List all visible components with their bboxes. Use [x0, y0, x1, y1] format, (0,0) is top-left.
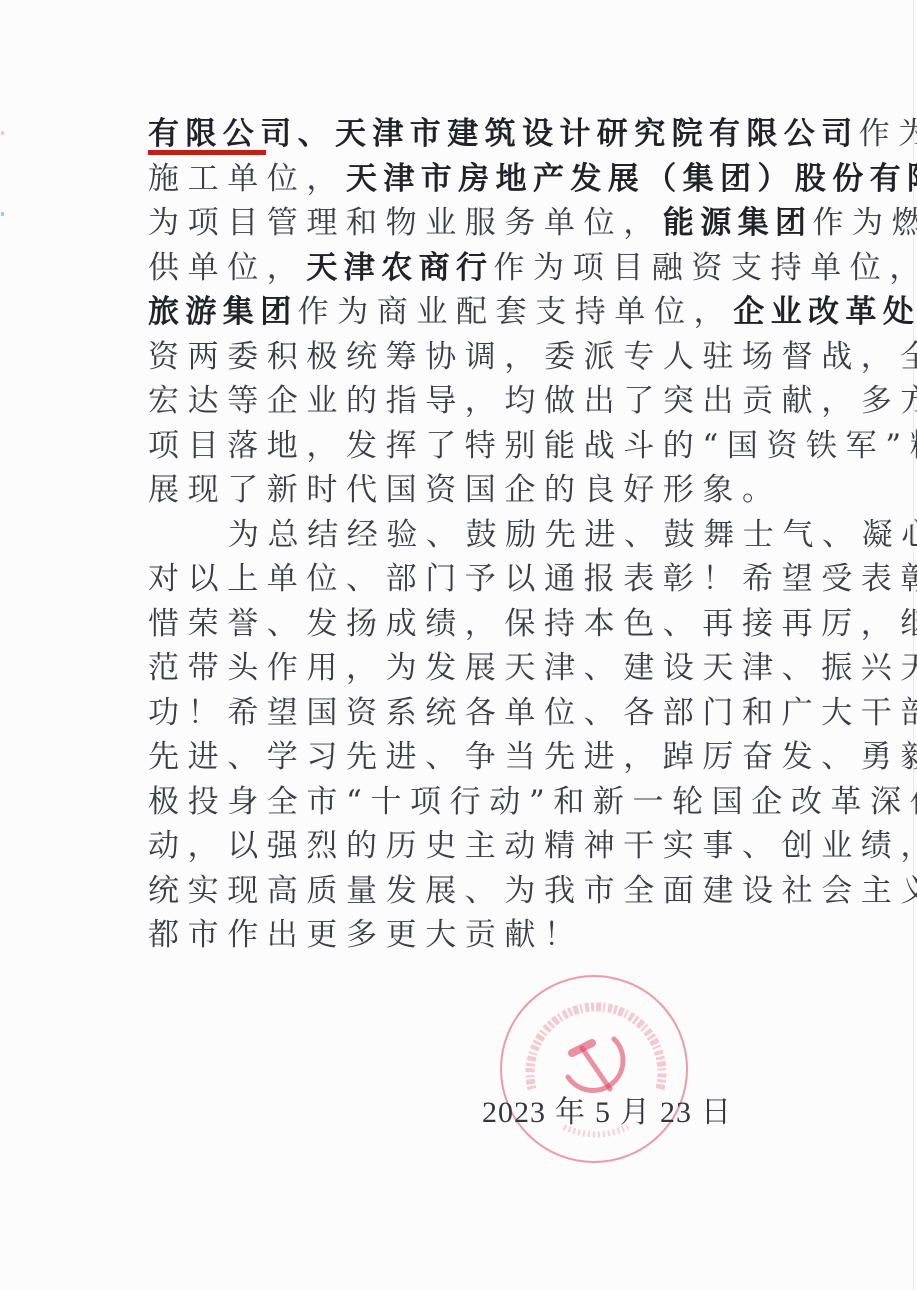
- text-line: 宏达等企业的指导，均做出了突出贡献，多方合力推动: [148, 379, 798, 424]
- bold-org-name: 天津市建筑设计研究院有限公司: [335, 116, 859, 152]
- text-segment: 为项目管理和物业服务单位，: [148, 205, 663, 241]
- text-line: 施工单位，天津市房地产发展（集团）股份有限公司作: [148, 157, 798, 202]
- date-year-unit: 年: [555, 1096, 586, 1129]
- text-line: 项目落地，发挥了特别能战斗的“国资铁军”精神风貌，: [148, 424, 798, 469]
- text-line: 供单位，天津农商行作为项目融资支持单位，食品集团、: [148, 246, 798, 291]
- text-line: 先进、学习先进、争当先进，踔厉奋发、勇毅前行，积: [148, 735, 798, 780]
- text-line: 旅游集团作为商业配套支持单位，企业改革处代表市国: [148, 290, 798, 335]
- text-line: 功！希望国资系统各单位、各部门和广大干部职工对标: [148, 691, 798, 736]
- bold-org-name: 天津市房地产发展（集团）股份有限公司: [346, 161, 917, 197]
- date-year: 2023: [482, 1096, 546, 1129]
- text-segment: 供单位，: [148, 250, 306, 286]
- text-segment: 资两委积极统筹协调，委派专人驻场督战，全程强化对: [148, 339, 917, 375]
- text-line: 资两委积极统筹协调，委派专人驻场督战，全程强化对: [148, 335, 798, 380]
- bold-org-name: 旅游集团: [148, 294, 298, 330]
- text-line: 范带头作用，为发展天津、建设天津、振兴天津再立新: [148, 646, 798, 691]
- scan-speck: [1, 131, 4, 135]
- text-segment: 作为燃气服务提: [812, 205, 917, 241]
- text-line: 动，以强烈的历史主动精神干实事、创业绩，为国资系: [148, 824, 798, 869]
- bold-org-name: 企业改革处: [733, 294, 917, 330]
- text-segment: 作为设计、: [859, 116, 917, 152]
- text-segment: 宏达等企业的指导，均做出了突出贡献，多方合力推动: [148, 383, 917, 419]
- document-page: 有限公司、天津市建筑设计研究院有限公司作为设计、施工单位，天津市房地产发展（集团…: [0, 0, 917, 1290]
- date-day: 23: [660, 1096, 692, 1129]
- seal-emblem-icon: [502, 977, 690, 1165]
- bold-org-name: 有限公司、: [148, 116, 335, 152]
- text-segment: 作为商业配套支持单位，: [298, 294, 734, 330]
- bold-org-name: 天津农商行: [306, 250, 493, 286]
- text-line: 惜荣誉、发扬成绩，保持本色、再接再厉，继续发挥模: [148, 602, 798, 647]
- text-line: 展现了新时代国资国企的良好形象。: [148, 468, 798, 513]
- date-day-unit: 日: [701, 1096, 732, 1129]
- text-segment: 项目落地，发挥了特别能战斗的“国资铁军”精神风貌，: [148, 428, 917, 464]
- text-line: 对以上单位、部门予以通报表彰！希望受表彰的集体珍: [148, 557, 798, 602]
- text-segment: 展现了新时代国资国企的良好形象。: [148, 472, 782, 508]
- paragraph-commendation-units: 有限公司、天津市建筑设计研究院有限公司作为设计、施工单位，天津市房地产发展（集团…: [148, 112, 798, 513]
- text-line: 为项目管理和物业服务单位，能源集团作为燃气服务提: [148, 201, 798, 246]
- paragraph-commendation-closing: 为总结经验、鼓励先进、鼓舞士气、凝心铸魂，现对以上单位、部门予以通报表彰！希望受…: [148, 513, 798, 958]
- document-date: 2023年5月23日: [482, 1087, 732, 1131]
- date-month: 5: [595, 1096, 611, 1129]
- document-body: 有限公司、天津市建筑设计研究院有限公司作为设计、施工单位，天津市房地产发展（集团…: [148, 112, 798, 958]
- red-underline-annotation: [148, 150, 266, 155]
- text-line: 极投身全市“十项行动”和新一轮国企改革深化提升行: [148, 780, 798, 825]
- text-segment: 施工单位，: [148, 161, 346, 197]
- official-seal: [500, 975, 688, 1163]
- text-line: 都市作出更多更大贡献！: [148, 913, 798, 958]
- text-line: 为总结经验、鼓励先进、鼓舞士气、凝心铸魂，现: [148, 513, 798, 558]
- bold-org-name: 能源集团: [663, 205, 813, 241]
- date-month-unit: 月: [620, 1096, 651, 1129]
- scan-speck: [1, 212, 4, 216]
- text-line: 统实现高质量发展、为我市全面建设社会主义现代化大: [148, 869, 798, 914]
- text-segment: 作为项目融资支持单位，: [493, 250, 917, 286]
